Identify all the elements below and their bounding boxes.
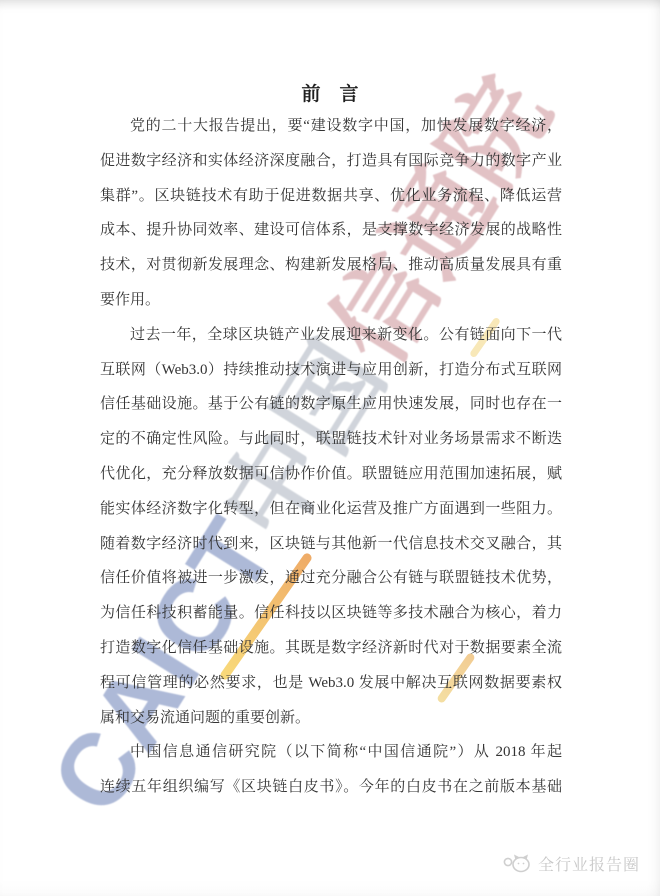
text-line: 促进数字经济和实体经济深度融合，打造具有国际竞争力的数字产业: [100, 144, 562, 179]
text-line: 随着数字经济时代到来，区块链与其他新一代信息技术交叉融合，其: [100, 527, 562, 562]
text-line: 信任基础设施。基于公有链的数字原生应用快速发展，同时也存在一: [100, 387, 562, 422]
text-line: 互联网（Web3.0）持续推动技术演进与应用创新，打造分布式互联网: [100, 353, 562, 388]
text-line: 技术，对贯彻新发展理念、构建新发展格局、推动高质量发展具有重: [100, 248, 562, 283]
text-line: 信任价值将被进一步激发，通过充分融合公有链与联盟链技术优势，: [100, 561, 562, 596]
text-line: 代优化，充分释放数据可信协作价值。联盟链应用范围加速拓展，赋: [100, 457, 562, 492]
text-line: 定的不确定性风险。与此同时，联盟链技术针对业务场景需求不断迭: [100, 422, 562, 457]
page-title: 前 言: [0, 79, 660, 106]
text-line: 连续五年组织编写《区块链白皮书》。今年的白皮书在之前版本基础: [100, 770, 562, 805]
text-line: 集群”。区块链技术有助于促进数据共享、优化业务流程、降低运营: [100, 179, 562, 214]
text-line: 成本、提升协同效率、建设可信体系，是支撑数字经济发展的战略性: [100, 213, 562, 248]
text-line: 为信任科技积蓄能量。信任科技以区块链等多技术融合为核心，着力: [100, 596, 562, 631]
footer-brand-text: 全行业报告圈: [538, 852, 640, 875]
document-page: CAICT中国信通院 前 言 党的二十大报告提出，要“建设数字中国，加快发展数字…: [0, 0, 660, 896]
text-line: 中国信息通信研究院（以下简称“中国信通院”）从 2018 年起: [100, 735, 562, 770]
text-line: 党的二十大报告提出，要“建设数字中国，加快发展数字经济，: [100, 109, 562, 144]
text-line: 过去一年，全球区块链产业发展迎来新变化。公有链面向下一代: [100, 318, 562, 353]
text-line: 打造数字化信任基础设施。其既是数字经济新时代对于数据要素全流: [100, 631, 562, 666]
document-body: 党的二十大报告提出，要“建设数字中国，加快发展数字经济，促进数字经济和实体经济深…: [100, 109, 562, 805]
text-line: 要作用。: [100, 283, 562, 318]
text-line: 属和交易流通问题的重要创新。: [100, 701, 562, 736]
text-line: 能实体经济数字化转型，但在商业化运营及推广方面遇到一些阻力。: [100, 492, 562, 527]
text-line: 程可信管理的必然要求，也是 Web3.0 发展中解决互联网数据要素权: [100, 666, 562, 701]
cat-logo-icon: [501, 850, 531, 876]
footer-brand: 全行业报告圈: [501, 850, 640, 876]
